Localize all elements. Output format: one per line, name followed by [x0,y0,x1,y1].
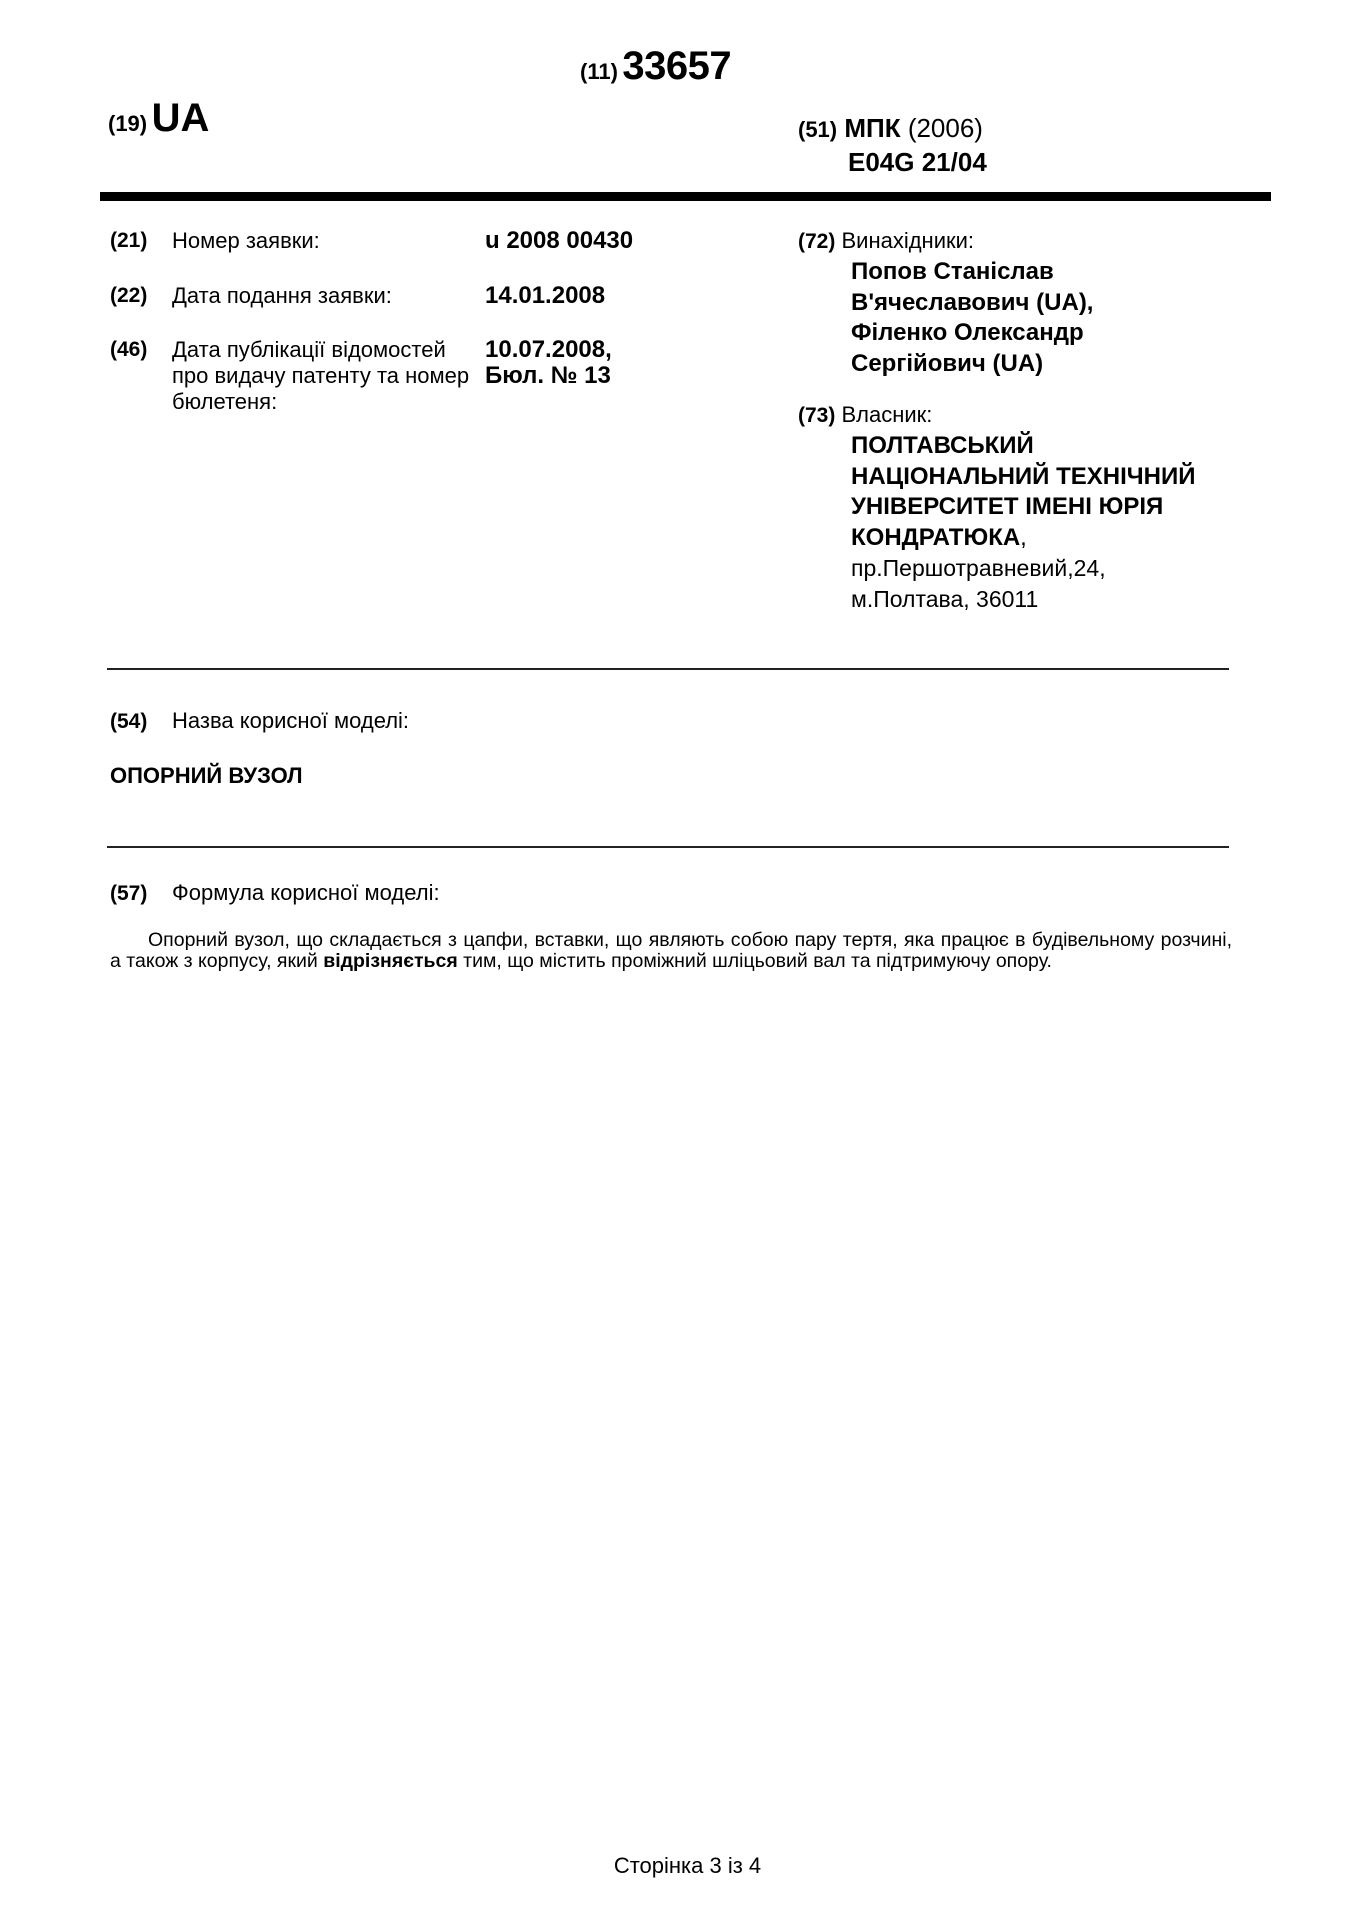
biblio-label: Дата подання заявки: [172,283,482,309]
owner-label: Власник: [841,402,932,427]
biblio-value: 14.01.2008 [485,283,605,309]
title-section-heading: (54)Назва корисної моделі: [110,708,409,734]
inventor-name-line: Філенко Олександр [851,318,1093,349]
inventor-name-line: Попов Станіслав [851,257,1093,288]
inid-code-51: (51) [798,117,837,142]
inventor-name-line: В'ячеславович (UA), [851,288,1093,319]
inid-code-46: (46) [110,337,147,363]
owner-name-line: КОНДРАТЮКА, [851,523,1195,554]
inid-code-22: (22) [110,283,147,309]
inventors-block: (72) Винахідники: Попов Станіслав В'ячес… [798,226,1093,379]
inid-code-19: (19) [108,111,147,136]
address-line: пр.Першотравневий,24, [851,553,1195,584]
country-value: UA [152,96,210,140]
inid-code-54: (54) [110,710,172,734]
inid-code-57: (57) [110,882,172,906]
publication-number: (11) 33657 [580,44,731,89]
page-footer: Сторінка 3 із 4 [0,1853,1357,1879]
biblio-value: u 2008 00430 [485,228,633,254]
owner-address: пр.Першотравневий,24, м.Полтава, 36011 [798,553,1195,614]
claims-section-heading: (57)Формула корисної моделі: [110,880,440,906]
inid-code-73: (73) [798,404,835,427]
biblio-label: Дата публікації відомостей про видачу па… [172,337,482,415]
owner-name-line: ПОЛТАВСЬКИЙ [851,431,1195,462]
section-divider [107,668,1229,670]
ipc-label: МПК [844,113,900,143]
biblio-value: 10.07.2008, Бюл. № 13 [485,337,612,389]
page-number: Сторінка 3 із 4 [614,1853,761,1878]
owner-name-line: НАЦІОНАЛЬНИЙ ТЕХНІЧНИЙ [851,462,1195,493]
owner-block: (73) Власник: ПОЛТАВСЬКИЙ НАЦІОНАЛЬНИЙ Т… [798,400,1195,614]
inventor-name-line: Сергійович (UA) [851,349,1093,380]
claim-text-part: тим, що містить проміжний шліцьовий вал … [458,950,1052,972]
inid-code-72: (72) [798,230,835,253]
owner-name-suffix: , [1020,524,1027,551]
header-divider [100,192,1271,201]
inventors-label: Винахідники: [841,228,974,253]
inid-code-21: (21) [110,228,147,254]
owner-name-line: УНІВЕРСИТЕТ ІМЕНІ ЮРІЯ [851,492,1195,523]
ipc-class-value: E04G 21/04 [798,146,987,178]
title-section-label: Назва корисної моделі: [172,708,409,733]
bulletin-number: Бюл. № 13 [485,362,611,389]
claim-text: Опорний вузол, що складається з цапфи, в… [110,930,1232,972]
country-code: (19) UA [108,96,209,141]
ipc-edition: (2006) [908,113,983,143]
ipc-classification: (51) МПК (2006) E04G 21/04 [798,112,987,178]
biblio-label: Номер заявки: [172,228,482,254]
inventor-names: Попов Станіслав В'ячеславович (UA), Філе… [798,257,1093,379]
inid-code-11: (11) [580,59,618,84]
claims-section-label: Формула корисної моделі: [172,880,440,905]
owner-name: ПОЛТАВСЬКИЙ НАЦІОНАЛЬНИЙ ТЕХНІЧНИЙ УНІВЕ… [798,431,1195,553]
utility-model-title: ОПОРНИЙ ВУЗОЛ [110,763,303,789]
address-line: м.Полтава, 36011 [851,584,1195,615]
claim-characterizing-word: відрізняється [323,950,458,972]
publication-date: 10.07.2008, [485,336,612,363]
section-divider [107,846,1229,848]
patent-number: 33657 [622,44,731,88]
